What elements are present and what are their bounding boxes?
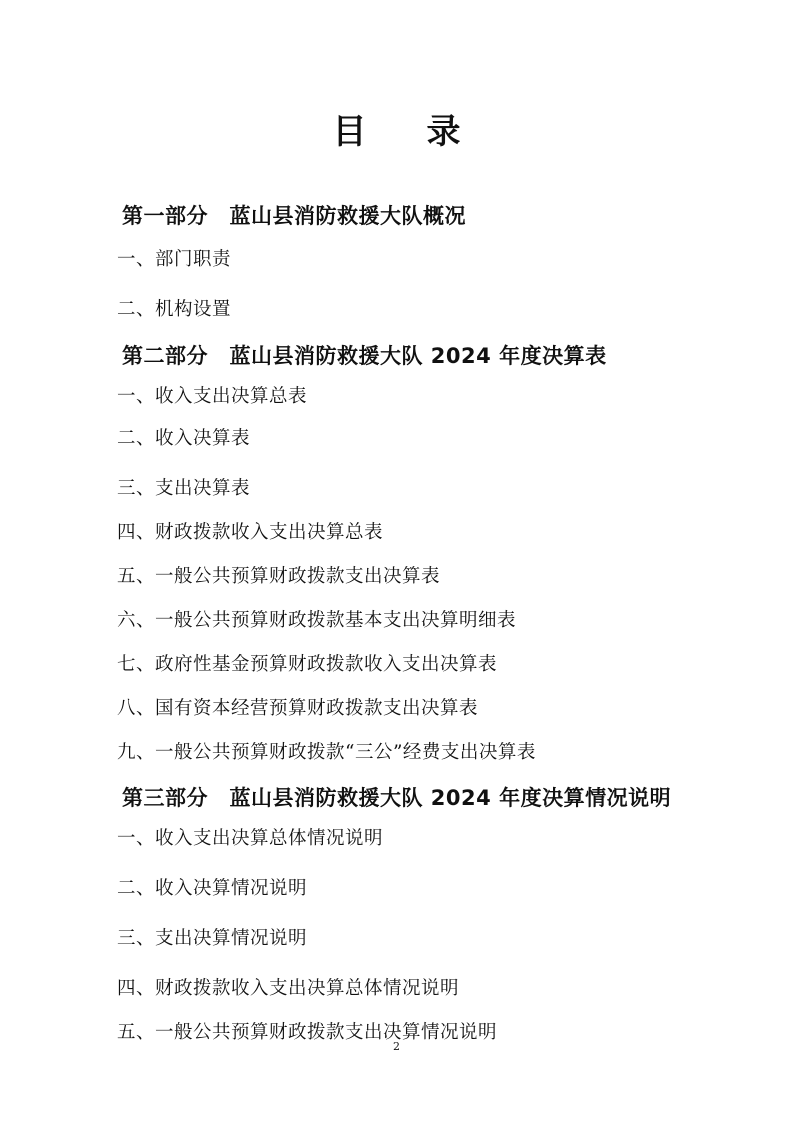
toc-item[interactable]: 一、部门职责 — [117, 245, 231, 271]
toc-item[interactable]: 三、支出决算表 — [117, 474, 250, 500]
toc-item[interactable]: 二、机构设置 — [117, 295, 231, 321]
toc-item[interactable]: 一、收入支出决算总体情况说明 — [117, 824, 383, 850]
toc-item[interactable]: 二、收入决算表 — [117, 424, 250, 450]
toc-title: 目录 — [0, 104, 793, 153]
toc-item[interactable]: 六、一般公共预算财政拨款基本支出决算明细表 — [117, 606, 516, 632]
part-2-heading: 第二部分 蓝山县消防救援大队 2024 年度决算表 — [122, 340, 607, 370]
part-3-heading: 第三部分 蓝山县消防救援大队 2024 年度决算情况说明 — [122, 782, 671, 812]
page-number: 2 — [0, 1040, 793, 1053]
toc-item[interactable]: 三、支出决算情况说明 — [117, 924, 307, 950]
toc-item[interactable]: 一、收入支出决算总表 — [117, 382, 307, 408]
toc-item[interactable]: 八、国有资本经营预算财政拨款支出决算表 — [117, 694, 478, 720]
toc-item[interactable]: 四、财政拨款收入支出决算总体情况说明 — [117, 974, 459, 1000]
toc-item[interactable]: 五、一般公共预算财政拨款支出决算表 — [117, 562, 440, 588]
toc-item[interactable]: 二、收入决算情况说明 — [117, 874, 307, 900]
toc-item[interactable]: 九、一般公共预算财政拨款“三公”经费支出决算表 — [117, 738, 536, 764]
toc-item[interactable]: 四、财政拨款收入支出决算总表 — [117, 518, 383, 544]
toc-item[interactable]: 七、政府性基金预算财政拨款收入支出决算表 — [117, 650, 497, 676]
part-1-heading: 第一部分 蓝山县消防救援大队概况 — [122, 200, 466, 230]
